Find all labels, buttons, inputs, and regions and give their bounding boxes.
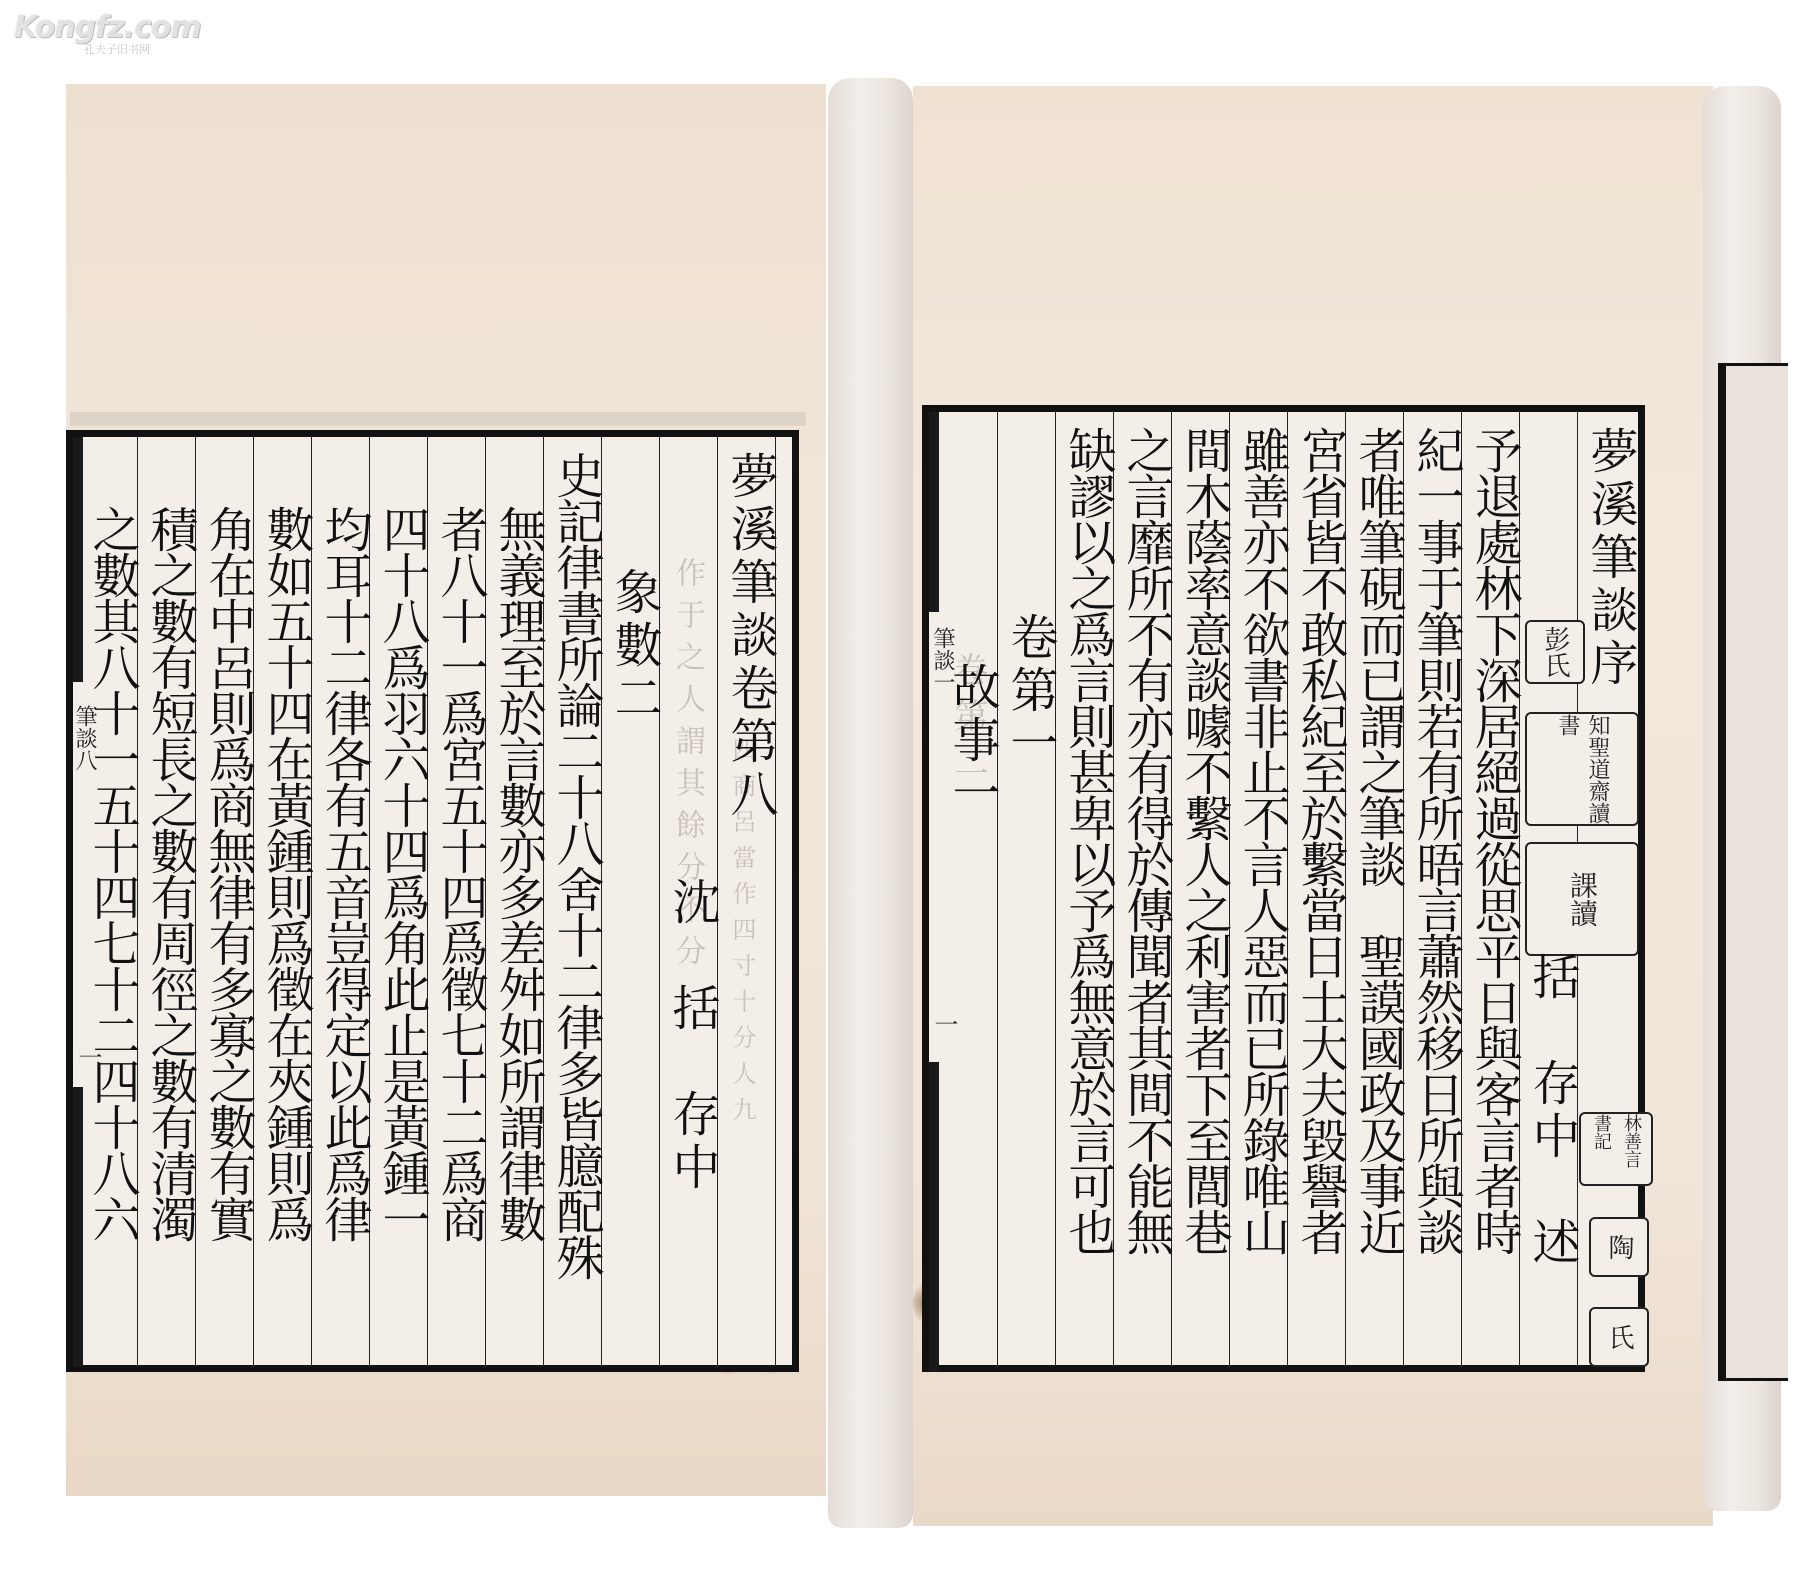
next-page-frame-edge (1718, 363, 1788, 1381)
right-body-column: 缺謬以之爲言則甚卑以予爲無意於言可也 (1059, 426, 1117, 1254)
left-body-column: 均耳十二律各有五音豈得定以此爲律 (315, 505, 373, 1241)
seal-shi: 氏 (1589, 1307, 1649, 1367)
volume-heading: 卷第一 (1001, 612, 1059, 771)
watermark-text: Kongfz.com (14, 10, 174, 45)
left-section-heading: 象數二 (605, 567, 663, 726)
left-body-column: 四十八爲羽六十四爲角此止是黃鍾一 (373, 505, 431, 1241)
left-body-column: 無義理至於言數亦多差舛如所謂律數 (489, 505, 547, 1241)
right-body-column: 予退處林下深居絕過從思平日與客言者時 (1465, 426, 1523, 1254)
left-body-column: 數如五十四在黃鍾則爲徵在夾鍾則爲 (257, 505, 315, 1241)
seal-tao: 陶 (1589, 1217, 1649, 1277)
left-title: 夢溪筆談卷第八 (721, 451, 779, 822)
seal-linshanyan: 林善言書記 (1579, 1112, 1653, 1186)
left-author: 沈 括 存中 (663, 877, 721, 1195)
seal-zhishengdaozhai: 知聖道齋讀書 (1525, 712, 1639, 826)
right-body-column: 紀一事于筆則若有所晤言蕭然移日所與談 (1407, 426, 1465, 1254)
right-body-column: 宮省皆不敢私紀至於繫當日士大夫毀譽者 (1291, 426, 1349, 1254)
right-text-frame: 筆談一 一 卷第二 夢溪筆談序 彭氏 知聖道齋讀書 課讀 林善言書記 陶 氏 括… (922, 405, 1645, 1372)
left-text-frame: 四商呂當作四寸十分人九 作于之人謂其餘分不分 筆談八 一 夢溪筆談卷第八 沈 括… (66, 430, 799, 1372)
seal-pengshi: 彭氏 (1525, 620, 1585, 684)
right-body-column: 間木蔭率意談噱不繫人之利害者下至閭巷 (1175, 426, 1233, 1254)
book-spine-center (828, 78, 913, 1528)
fold-page-number: 一 (927, 1012, 962, 1036)
seal-kedu: 課讀 (1525, 842, 1639, 956)
bleed-through-band (70, 412, 806, 426)
right-body-column: 者唯筆硯而已謂之筆談 聖謨國政及事近 (1349, 426, 1407, 1254)
left-body-column: 之數其八十一五十四七十二四十八六 (83, 505, 141, 1241)
fold-block-bottom (929, 1062, 939, 1372)
fold-block-bottom (73, 1087, 83, 1367)
right-author: 括 存中 述 (1523, 952, 1581, 1270)
right-title: 夢溪筆談序 (1581, 426, 1639, 691)
left-body-column: 者八十一爲宮五十四爲徵七十二爲商 (431, 505, 489, 1241)
watermark-logo: Kongfz.com 孔夫子旧书网 (14, 10, 174, 72)
left-body-column: 史記律書所論二十八舍十二律多皆臆配殊 (547, 451, 605, 1279)
chapter-heading: 故事一 (943, 662, 1001, 821)
fold-block-top (73, 437, 83, 682)
bleed-through-text: 四商呂當作四寸十分人九 (728, 737, 756, 1357)
right-body-column: 雖善亦不欲書非止不言人惡而已所錄唯山 (1233, 426, 1291, 1254)
right-body-column: 之言靡所不有亦有得於傳聞者其間不能無 (1117, 426, 1175, 1254)
left-body-column: 角在中呂則爲商無律有多寡之數有實 (199, 505, 257, 1241)
left-body-column: 積之數有短長之數有周徑之數有清濁 (141, 505, 199, 1241)
fold-block-top (929, 412, 939, 612)
